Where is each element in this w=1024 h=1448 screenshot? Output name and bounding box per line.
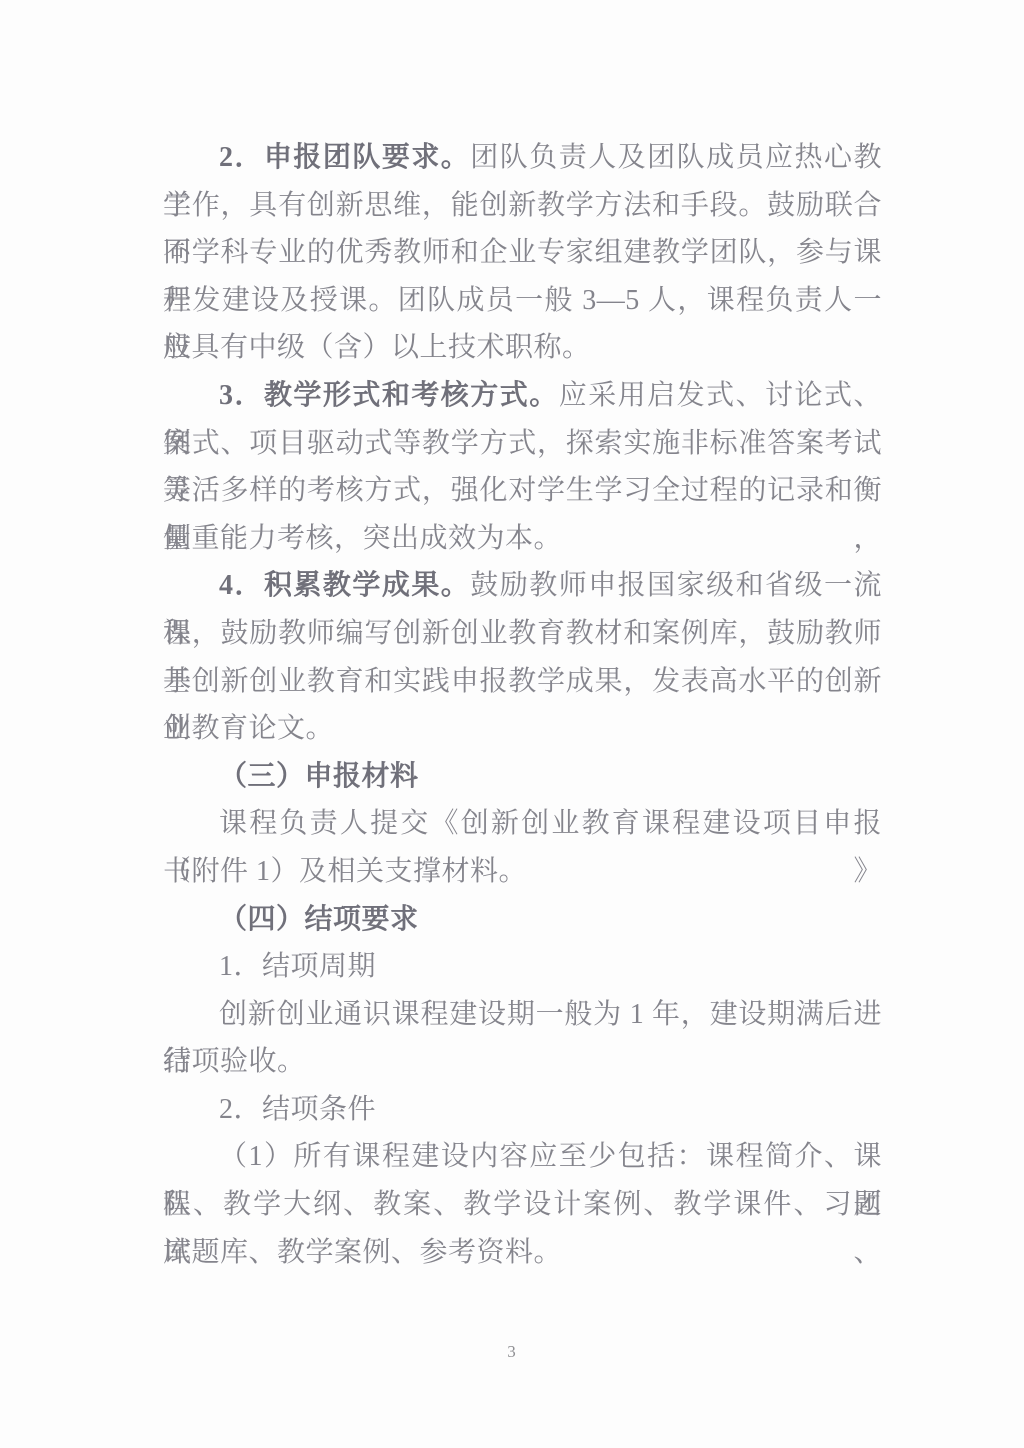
text-run: 应具有中级（含）以上技术职称。	[163, 332, 591, 363]
page-number: 3	[0, 1338, 1024, 1366]
document-page: 2．申报团队要求。团队负责人及团队成员应热心教学 工作，具有创新思维，能创新教学…	[0, 0, 1024, 1448]
text-line: 应具有中级（含）以上技术职称。	[163, 324, 882, 372]
text-line: 灵活多样的考核方式，强化对学生学习全过程的记录和衡量，	[163, 467, 882, 515]
text-line: 工作，具有创新思维，能创新教学方法和手段。鼓励联合不	[163, 182, 882, 230]
text-line: 业教育论文。	[163, 705, 882, 753]
text-run: （附件 1）及相关支撑材料。	[163, 856, 527, 887]
text-line: 2．结项条件	[163, 1086, 882, 1134]
text-line: 3．教学形式和考核方式。应采用启发式、讨论式、案	[163, 372, 882, 420]
text-run: 2．结项条件	[219, 1094, 376, 1125]
text-line: 1．结项周期	[163, 943, 882, 991]
text-line: 同学科专业的优秀教师和企业专家组建教学团队，参与课程	[163, 229, 882, 277]
text-run: 1．结项周期	[219, 951, 376, 982]
text-run: 侧重能力考核，突出成效为本。	[163, 523, 562, 554]
text-run: 结项验收。	[163, 1046, 306, 1077]
heading-run: （四）结项要求	[219, 904, 419, 935]
text-run: 业教育论文。	[163, 713, 334, 744]
heading-run: （三）申报材料	[219, 761, 419, 792]
text-line: （1）所有课程建设内容应至少包括：课程简介、课程团	[163, 1133, 882, 1181]
text-line: 开发建设及授课。团队成员一般 3—5 人，课程负责人一般	[163, 277, 882, 325]
text-line: 队、教学大纲、教案、教学设计案例、教学课件、习题库、	[163, 1181, 882, 1229]
text-run: 试题库、教学案例、参考资料。	[163, 1237, 562, 1268]
text-line: 4．积累教学成果。鼓励教师申报国家级和省级一流课	[163, 562, 882, 610]
text-line: 于创新创业教育和实践申报教学成果，发表高水平的创新创	[163, 658, 882, 706]
text-line: 2．申报团队要求。团队负责人及团队成员应热心教学	[163, 134, 882, 182]
text-line: 例式、项目驱动式等教学方式，探索实施非标准答案考试等	[163, 420, 882, 468]
text-line: 结项验收。	[163, 1038, 882, 1086]
text-line: 程，鼓励教师编写创新创业教育教材和案例库，鼓励教师基	[163, 610, 882, 658]
section-heading: （四）结项要求	[163, 896, 882, 944]
heading-run: 2．申报团队要求。	[219, 142, 470, 173]
text-line: 创新创业通识课程建设期一般为 1 年，建设期满后进行	[163, 991, 882, 1039]
document-body: 2．申报团队要求。团队负责人及团队成员应热心教学 工作，具有创新思维，能创新教学…	[163, 134, 882, 1276]
text-line: 课程负责人提交《创新创业教育课程建设项目申报书》	[163, 800, 882, 848]
heading-run: 3．教学形式和考核方式。	[219, 380, 559, 411]
heading-run: 4．积累教学成果。	[219, 570, 470, 601]
section-heading: （三）申报材料	[163, 753, 882, 801]
